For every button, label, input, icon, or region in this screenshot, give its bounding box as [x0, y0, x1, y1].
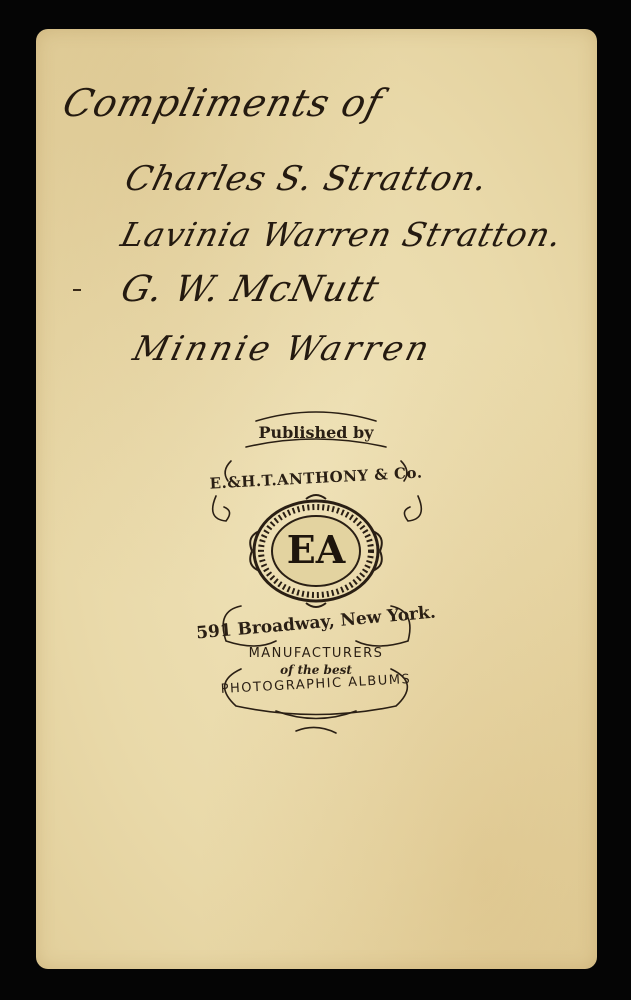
inscription-minnie-warren: Minnie Warren: [129, 329, 436, 369]
monogram-text: EA: [246, 527, 386, 572]
ea-monogram-emblem: EA: [246, 491, 386, 611]
ink-mark: [73, 289, 81, 291]
inscription-gw-mcnutt: G. W. McNutt: [117, 269, 384, 310]
carte-de-visite-back: Compliments of Charles S. Stratton. Lavi…: [36, 29, 597, 969]
inscription-charles-stratton: Charles S. Stratton.: [121, 159, 492, 199]
manufacturers-label: MANUFACTURERS: [186, 646, 446, 661]
publisher-imprint: Published by E.&H.T.ANTHONY & Co. EA 591…: [186, 401, 446, 741]
inscription-compliments: Compliments of: [59, 81, 387, 125]
inscription-lavinia-warren-stratton: Lavinia Warren Stratton.: [117, 215, 566, 254]
published-by-label: Published by: [186, 423, 446, 442]
